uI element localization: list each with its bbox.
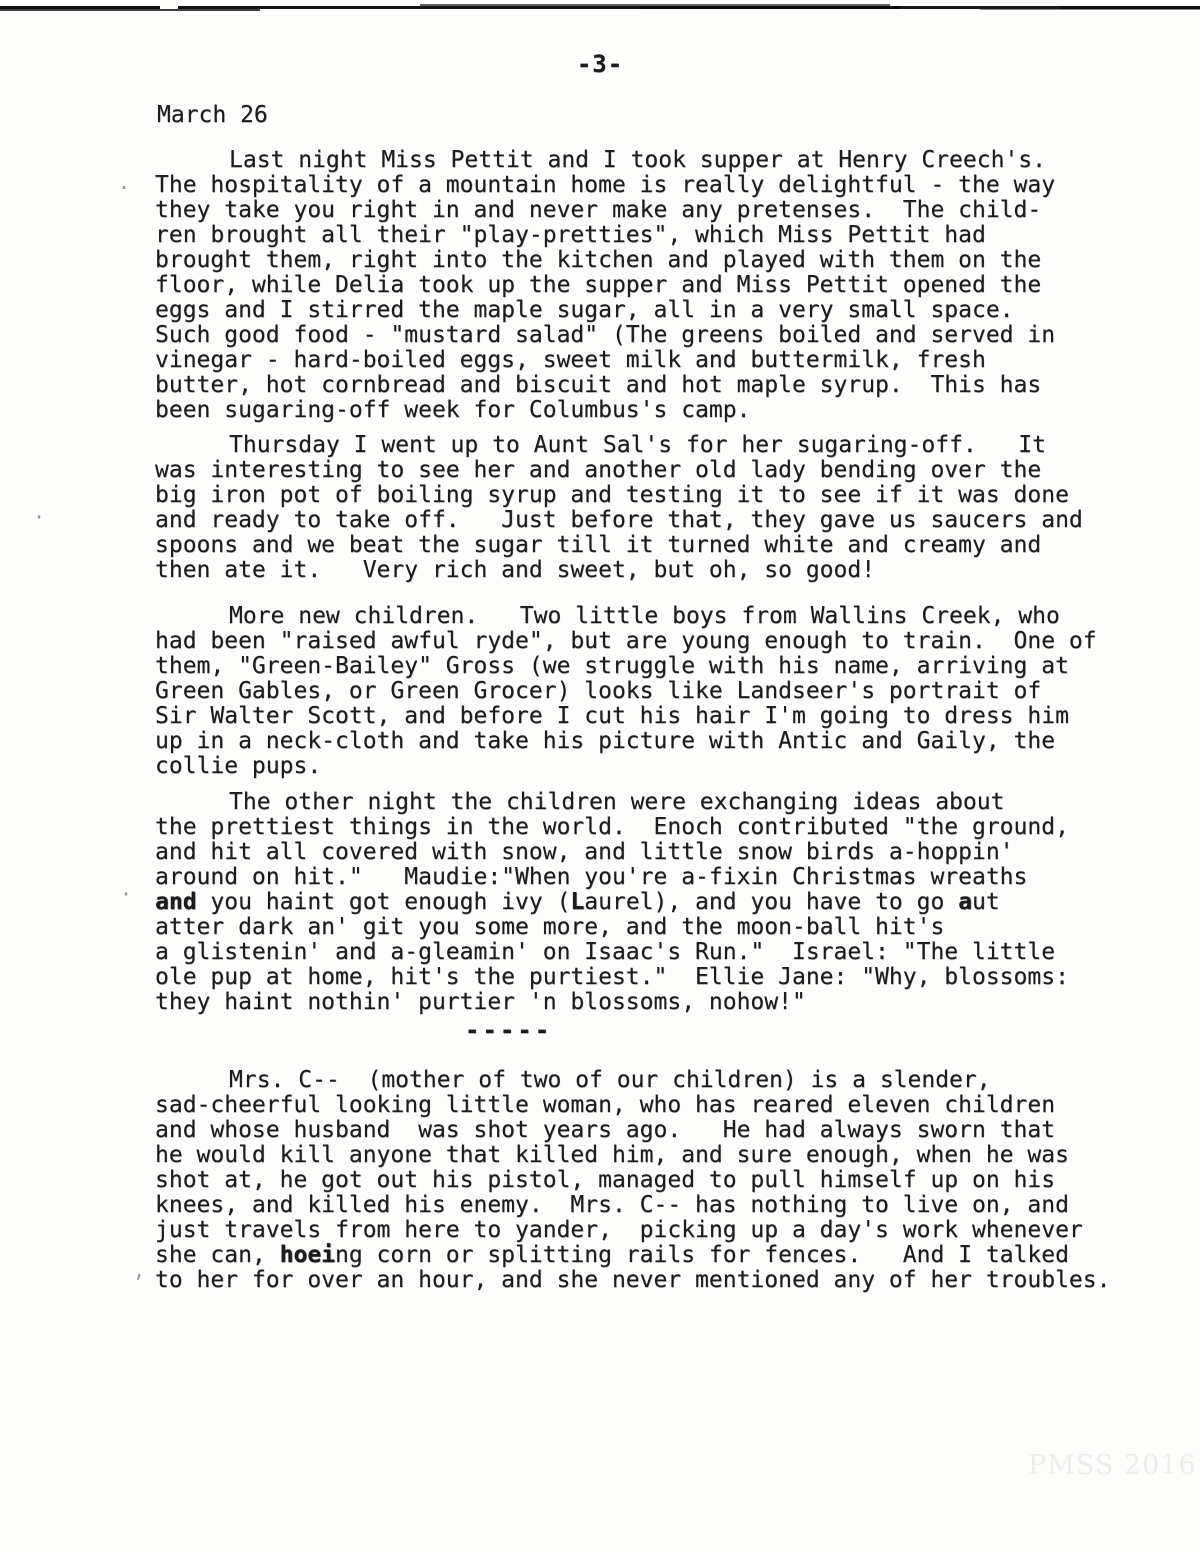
text-line: The other night the children were exchan… xyxy=(155,790,1155,815)
paragraph: Mrs. C-- (mother of two of our children)… xyxy=(155,1068,1155,1293)
watermark: PMSS 2016 xyxy=(1028,1450,1197,1481)
text-line: they haint nothin' purtier 'n blossoms, … xyxy=(155,990,1155,1015)
text-line: knees, and killed his enemy. Mrs. C-- ha… xyxy=(155,1193,1155,1218)
date-heading: March 26 xyxy=(157,102,268,128)
text-line: Such good food - "mustard salad" (The gr… xyxy=(155,323,1155,348)
text-line: atter dark an' git you some more, and th… xyxy=(155,915,1155,940)
text-line: Sir Walter Scott, and before I cut his h… xyxy=(155,704,1155,729)
text-line: and ready to take off. Just before that,… xyxy=(155,508,1155,533)
text-line: she can, hoeing corn or splitting rails … xyxy=(155,1243,1155,1268)
text-line: sad-cheerful looking little woman, who h… xyxy=(155,1093,1155,1118)
text-line: them, "Green-Bailey" Gross (we struggle … xyxy=(155,654,1155,679)
text-line: big iron pot of boiling syrup and testin… xyxy=(155,483,1155,508)
text-line: and you haint got enough ivy (Laurel), a… xyxy=(155,890,1155,915)
text-line: spoons and we beat the sugar till it tur… xyxy=(155,533,1155,558)
text-line: The hospitality of a mountain home is re… xyxy=(155,173,1155,198)
text-line: floor, while Delia took up the supper an… xyxy=(155,273,1155,298)
text-line: had been "raised awful ryde", but are yo… xyxy=(155,629,1155,654)
text-line: around on hit." Maudie:"When you're a-fi… xyxy=(155,865,1155,890)
top-scan-line xyxy=(0,0,1200,14)
text-line: ren brought all their "play-pretties", w… xyxy=(155,223,1155,248)
text-line: and hit all covered with snow, and littl… xyxy=(155,840,1155,865)
text-line: the prettiest things in the world. Enoch… xyxy=(155,815,1155,840)
text-line: then ate it. Very rich and sweet, but oh… xyxy=(155,558,1155,583)
text-line: eggs and I stirred the maple sugar, all … xyxy=(155,298,1155,323)
text-line: to her for over an hour, and she never m… xyxy=(155,1268,1155,1293)
text-line: collie pups. xyxy=(155,754,1155,779)
text-line: Green Gables, or Green Grocer) looks lik… xyxy=(155,679,1155,704)
text-line: Thursday I went up to Aunt Sal's for her… xyxy=(155,433,1155,458)
text-line: they take you right in and never make an… xyxy=(155,198,1155,223)
text-line: Mrs. C-- (mother of two of our children)… xyxy=(155,1068,1155,1093)
scan-artifact: · xyxy=(120,882,132,906)
text-line: shot at, he got out his pistol, managed … xyxy=(155,1168,1155,1193)
text-line: ole pup at home, hit's the purtiest." El… xyxy=(155,965,1155,990)
text-line: butter, hot cornbread and biscuit and ho… xyxy=(155,373,1155,398)
paragraph: Thursday I went up to Aunt Sal's for her… xyxy=(155,433,1155,583)
scan-artifact: , xyxy=(133,1258,145,1282)
document-page: -3- March 26 Last night Miss Pettit and … xyxy=(0,0,1200,1553)
text-line: vinegar - hard-boiled eggs, sweet milk a… xyxy=(155,348,1155,373)
text-line: a glistenin' and a-gleamin' on Isaac's R… xyxy=(155,940,1155,965)
top-scan-line-segment xyxy=(980,9,1200,10)
paragraph: More new children. Two little boys from … xyxy=(155,604,1155,779)
text-line: brought them, right into the kitchen and… xyxy=(155,248,1155,273)
text-line: was interesting to see her and another o… xyxy=(155,458,1155,483)
text-line: up in a neck-cloth and take his picture … xyxy=(155,729,1155,754)
text-line: Last night Miss Pettit and I took supper… xyxy=(155,148,1155,173)
text-line: More new children. Two little boys from … xyxy=(155,604,1155,629)
scan-artifact: . xyxy=(118,170,130,194)
scan-artifact: · xyxy=(33,505,45,529)
text-line: he would kill anyone that killed him, an… xyxy=(155,1143,1155,1168)
top-scan-line-segment xyxy=(0,9,260,11)
text-line: been sugaring-off week for Columbus's ca… xyxy=(155,398,1155,423)
paragraph: Last night Miss Pettit and I took supper… xyxy=(155,148,1155,423)
top-scan-line-segment xyxy=(420,4,890,6)
paragraph: The other night the children were exchan… xyxy=(155,790,1155,1015)
text-line: just travels from here to yander, pickin… xyxy=(155,1218,1155,1243)
text-line: and whose husband was shot years ago. He… xyxy=(155,1118,1155,1143)
section-separator: ----- xyxy=(465,1016,552,1044)
page-number: -3- xyxy=(0,50,1200,78)
